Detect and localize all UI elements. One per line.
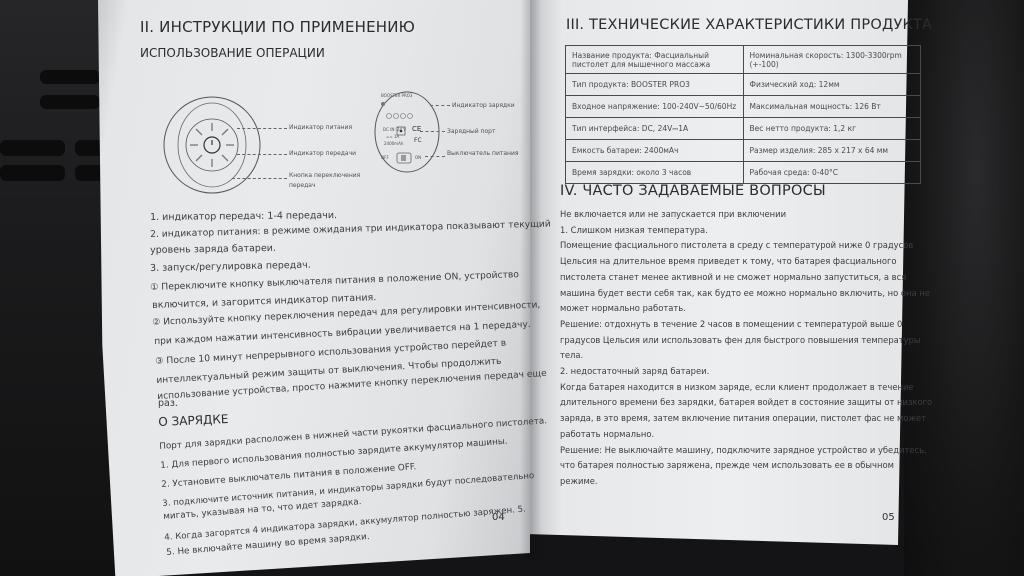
faq-line: 2. недостаточный заряд батареи. xyxy=(560,366,709,376)
instruction-line: 1. индикатор передач: 1-4 передачи. xyxy=(150,210,337,223)
off-mark: OFF xyxy=(381,155,389,160)
faq-line: что батарея полностью заряжена, прежде ч… xyxy=(560,460,894,470)
label-power-indicator: Индикатор питания xyxy=(289,124,352,131)
faq-line: Когда батарея находится в низком заряде,… xyxy=(560,382,914,392)
spec-cell: Емкость батареи: 2400мАч xyxy=(566,140,744,162)
surface-slot xyxy=(40,95,100,109)
callout-line xyxy=(420,131,445,132)
callout-line xyxy=(232,178,287,179)
section-title-faq: IV. ЧАСТО ЗАДАВАЕМЫЕ ВОПРОСЫ xyxy=(560,183,826,199)
callout-line xyxy=(425,156,445,157)
surface-slot xyxy=(40,70,100,84)
faq-line: 1. Слишком низкая температура. xyxy=(560,225,708,235)
faq-line: машина будет вести себя так, как будто е… xyxy=(560,288,930,298)
spec-table: Название продукта: Фасциальный пистолет … xyxy=(565,45,921,184)
faq-line: режиме. xyxy=(560,476,598,486)
table-row: Название продукта: Фасциальный пистолет … xyxy=(566,46,921,74)
faq-line: тела. xyxy=(560,350,583,360)
table-row: Тип продукта: BOOSTER PRO3 Физический хо… xyxy=(566,74,921,96)
callout-line xyxy=(237,154,287,155)
on-mark: ON xyxy=(415,155,421,160)
page-number-right: 05 xyxy=(882,512,895,523)
spec-cell: Время зарядки: около 3 часов xyxy=(566,162,744,184)
spec-mark-battery: 2400mAh xyxy=(384,141,403,146)
table-row: Время зарядки: около 3 часов Рабочая сре… xyxy=(566,162,921,184)
faq-line: градусов Цельсия или использовать фен дл… xyxy=(560,335,921,345)
faq-line: Не включается или не запускается при вкл… xyxy=(560,209,786,219)
spec-cell: Вес нетто продукта: 1,2 кг xyxy=(743,118,921,140)
surface-slot xyxy=(0,140,65,156)
page-number-left: 04 xyxy=(492,512,505,523)
faq-line: пистолета станет менее активной и не смо… xyxy=(560,272,906,282)
faq-line: Решение: Не выключайте машину, подключит… xyxy=(560,445,927,455)
faq-line: Помещение фасциального пистолета в среду… xyxy=(560,240,913,250)
faq-line: Цельсия на длительное время приведет к т… xyxy=(560,256,897,266)
label-charge-port: Зарядный порт xyxy=(447,128,495,135)
spec-cell: Рабочая среда: 0-40°C xyxy=(743,162,921,184)
brand-mark: BOOSTER PRO3 xyxy=(381,93,412,98)
spec-cell: Входное напряжение: 100-240V~50/60Hz xyxy=(566,96,744,118)
device-front-diagram xyxy=(160,95,280,205)
label-gear-indicator: Индикатор передачи xyxy=(289,150,356,157)
spec-cell: Тип продукта: BOOSTER PRO3 xyxy=(566,74,744,96)
callout-line xyxy=(237,128,287,129)
spec-cell: Максимальная мощность: 126 Вт xyxy=(743,96,921,118)
fc-mark: FC xyxy=(414,137,422,144)
spec-cell: Размер изделия: 285 x 217 x 64 мм xyxy=(743,140,921,162)
section-title-instructions: II. ИНСТРУКЦИИ ПО ПРИМЕНЕНИЮ xyxy=(140,18,415,36)
spec-cell: Физический ход: 12мм xyxy=(743,74,921,96)
table-row: Емкость батареи: 2400мАч Размер изделия:… xyxy=(566,140,921,162)
instruction-line: уровень заряда батареи. xyxy=(150,243,276,256)
label-gear-button: Кнопка переключения xyxy=(289,172,360,179)
spec-cell: Название продукта: Фасциальный пистолет … xyxy=(566,46,744,74)
table-row: Тип интерфейса: DC, 24V⎓1A Вес нетто про… xyxy=(566,118,921,140)
spec-mark-current: == 1A xyxy=(386,134,399,139)
label-gear-button-cont: передач xyxy=(289,182,315,189)
spec-cell: Номинальная скорость: 1300-3300rpm (+-10… xyxy=(743,46,921,74)
surface-slot xyxy=(0,165,65,181)
faq-line: заряда, в это время, затем включение пит… xyxy=(560,413,926,423)
faq-line: длительного времени без зарядки, батарея… xyxy=(560,397,932,407)
faq-line: Решение: отдохнуть в течение 2 часов в п… xyxy=(560,319,902,329)
callout-line xyxy=(430,105,450,106)
label-charge-indicator: Индикатор зарядки xyxy=(452,102,515,109)
subtitle-operation: ИСПОЛЬЗОВАНИЕ ОПЕРАЦИИ xyxy=(140,46,325,60)
device-back-diagram xyxy=(373,90,443,175)
instruction-line: раз. xyxy=(158,398,178,409)
section-title-specs: III. ТЕХНИЧЕСКИЕ ХАРАКТЕРИСТИКИ ПРОДУКТА xyxy=(566,17,932,33)
spec-mark-dc: DC IN: 24 V xyxy=(383,127,406,132)
spec-cell: Тип интерфейса: DC, 24V⎓1A xyxy=(566,118,744,140)
label-power-switch: Выключатель питания xyxy=(447,150,518,157)
faq-line: работать нормально. xyxy=(560,429,654,439)
table-row: Входное напряжение: 100-240V~50/60Hz Мак… xyxy=(566,96,921,118)
faq-line: может нормально работать. xyxy=(560,303,686,313)
